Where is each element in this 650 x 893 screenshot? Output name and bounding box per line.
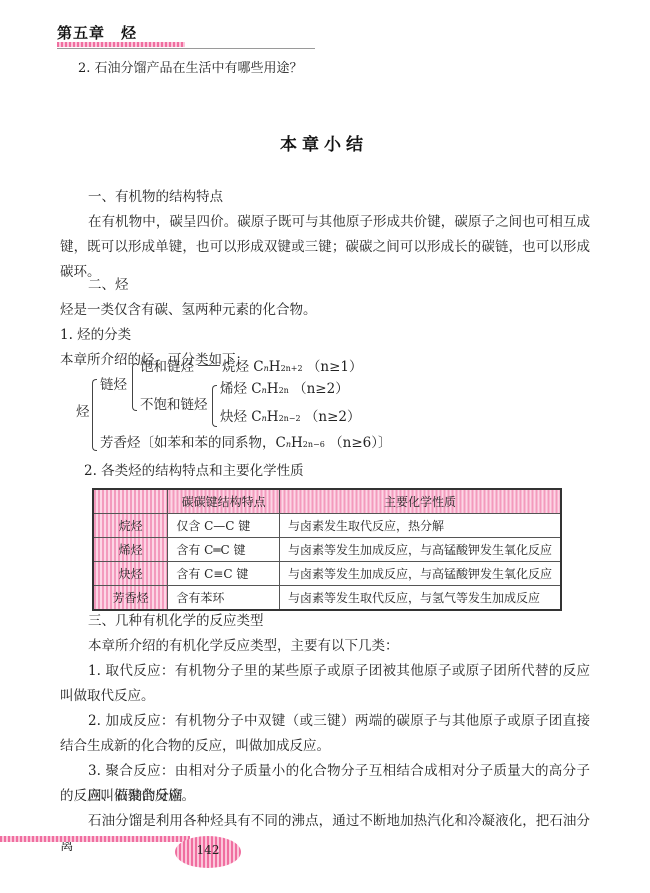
tree-root: 烃 [76,400,90,420]
table-cell-property: 与卤素等发生加成反应，与高锰酸钾发生氧化反应 [279,562,561,586]
section-3-heading: 三、几种有机化学的反应类型 [60,609,590,634]
tree-saturated: 饱和链烃 [140,355,194,375]
table-row: 烷烃 仅含 C—C 键 与卤素发生取代反应，热分解 [93,514,561,538]
properties-heading: 2. 各类烃的结构特点和主要化学性质 [84,458,304,484]
tree-alkene: 烯烃 CnH2n （n≥2） [220,377,349,397]
table-cell-type: 烷烃 [93,514,168,538]
page-number: 142 [175,843,241,857]
footer-pink-bar [0,836,190,842]
hydrocarbon-definition: 烃是一类仅含有碳、氢两种元素的化合物。 [60,298,590,323]
classification-heading: 1. 烃的分类 [60,323,590,348]
hydrocarbon-properties-table: 碳碳键结构特点 主要化学性质 烷烃 仅含 C—C 键 与卤素发生取代反应，热分解… [92,488,562,611]
table-row: 炔烃 含有 C≡C 键 与卤素等发生加成反应，与高锰酸钾发生氧化反应 [93,562,561,586]
reaction-addition: 2. 加成反应：有机物分子中双键（或三键）两端的碳原子与其他原子或原子团直接结合… [60,709,590,759]
table-cell-property: 与卤素等发生取代反应，与氢气等发生加成反应 [279,586,561,611]
table-row: 烯烃 含有 C═C 键 与卤素等发生加成反应，与高锰酸钾发生氧化反应 [93,538,561,562]
table-cell-bond: 含有 C≡C 键 [168,562,280,586]
table-header-cell [93,489,168,514]
section-3-intro: 本章所介绍的有机化学反应类型，主要有以下几类： [60,634,590,659]
tree-unsaturated: 不饱和链烃 [140,393,208,413]
tree-aromatic: 芳香烃〔如苯和苯的同系物，CnH2n−6 （n≥6）〕 [100,431,391,451]
table-cell-type: 芳香烃 [93,586,168,611]
section-4-body: 石油分馏是利用各种烃具有不同的沸点，通过不断地加热汽化和冷凝液化，把石油分离 [60,809,590,859]
running-head: 第五章 烃 [57,22,137,43]
section-3: 三、几种有机化学的反应类型 本章所介绍的有机化学反应类型，主要有以下几类： 1.… [60,609,590,809]
section-2-heading: 二、烃 [60,273,590,298]
table-cell-type: 烯烃 [93,538,168,562]
tree-alkyne: 炔烃 CnH2n−2 （n≥2） [220,405,361,425]
table-cell-bond: 含有苯环 [168,586,280,611]
section-4-heading: 四、石油的分馏 [60,784,590,809]
review-question: 2. 石油分馏产品在生活中有哪些用途？ [78,56,303,82]
table-cell-bond: 含有 C═C 键 [168,538,280,562]
tree-alkane: 烷烃 CnH2n+2 （n≥1） [222,355,363,375]
classification-tree: 烃 链烃 饱和链烃 烷烃 CnH2n+2 （n≥1） 不饱和链烃 烯烃 CnH2… [76,357,496,457]
table-header-row: 碳碳键结构特点 主要化学性质 [93,489,561,514]
tree-chain: 链烃 [100,373,127,393]
section-1-heading: 一、有机物的结构特点 [60,185,590,210]
table-header-cell: 碳碳键结构特点 [168,489,280,514]
table-cell-bond: 仅含 C—C 键 [168,514,280,538]
unsaturated-brace [212,385,217,427]
table-header-cell: 主要化学性质 [279,489,561,514]
table-cell-property: 与卤素等发生加成反应，与高锰酸钾发生氧化反应 [279,538,561,562]
reaction-substitution: 1. 取代反应：有机物分子里的某些原子或原子团被其他原子或原子团所代替的反应叫做… [60,659,590,709]
table-row: 芳香烃 含有苯环 与卤素等发生取代反应，与氢气等发生加成反应 [93,586,561,611]
section-title: 本章小结 [280,130,368,155]
header-pink-bar [57,42,185,47]
table-cell-type: 炔烃 [93,562,168,586]
chain-brace [132,363,137,411]
connector-line [198,365,220,366]
header-rule [57,48,315,49]
section-4: 四、石油的分馏 石油分馏是利用各种烃具有不同的沸点，通过不断地加热汽化和冷凝液化… [60,784,590,859]
table-cell-property: 与卤素发生取代反应，热分解 [279,514,561,538]
section-1: 一、有机物的结构特点 在有机物中，碳呈四价。碳原子既可与其他原子形成共价键，碳原… [60,185,590,285]
root-brace [92,379,97,451]
